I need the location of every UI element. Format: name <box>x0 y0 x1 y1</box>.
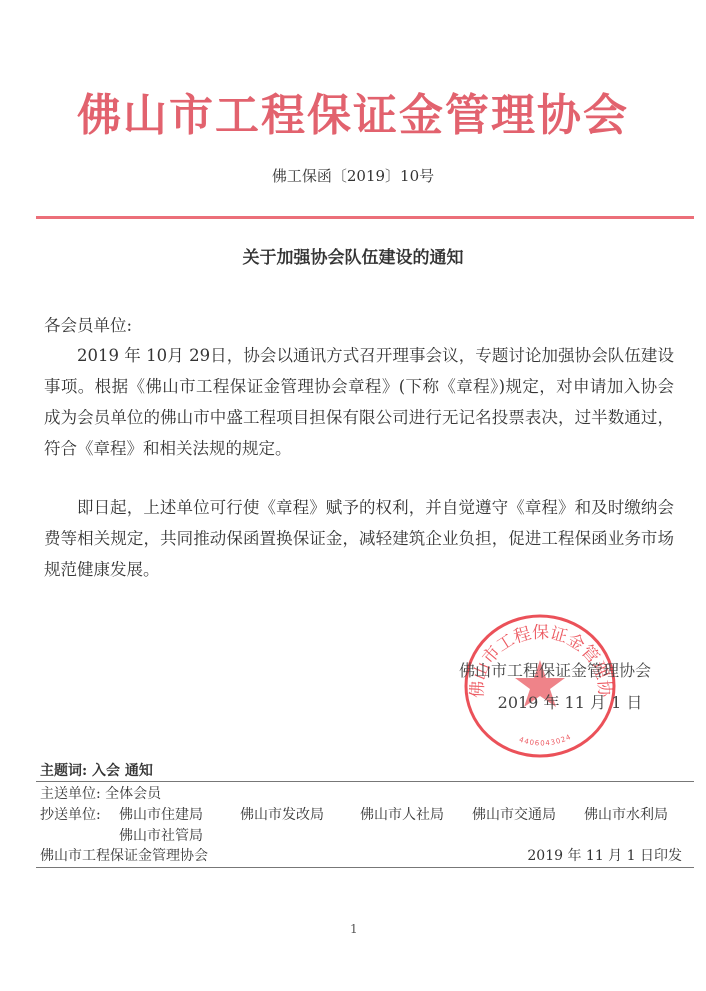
signature-org: 佛山市工程保证金管理协会 <box>420 658 690 681</box>
document-number: 佛工保函〔2019〕10号 <box>0 165 706 186</box>
cc-item: 佛山市交通局 <box>472 804 556 824</box>
keywords: 主题词: 入会 通知 <box>40 760 153 780</box>
paragraph-1: 2019 年 10月 29日，协会以通讯方式召开理事会议，专题讨论加强协会队伍建… <box>44 340 674 464</box>
masthead-org-name: 佛山市工程保证金管理协会 <box>0 88 706 144</box>
recipients: 主送单位: 全体会员 <box>40 783 161 803</box>
signature-date: 2019 年 11 月 1 日 <box>470 690 670 713</box>
keywords-value: 入会 通知 <box>92 763 153 779</box>
cc-item: 佛山市水利局 <box>584 804 668 824</box>
salutation: 各会员单位: <box>44 310 674 341</box>
cc-item: 佛山市人社局 <box>360 804 444 824</box>
paragraph-2: 即日起，上述单位可行使《章程》赋予的权利，并自觉遵守《章程》和及时缴纳会费等相关… <box>44 492 674 585</box>
issue-date: 2019 年 11 月 1 日印发 <box>470 845 682 865</box>
notice-title: 关于加强协会队伍建设的通知 <box>0 243 706 268</box>
cc-item: 佛山市发改局 <box>240 804 324 824</box>
official-seal-icon: 佛山市工程保证金管理协会 4406043024 <box>462 612 618 760</box>
cc-item: 佛山市社管局 <box>119 825 203 845</box>
svg-text:4406043024: 4406043024 <box>518 733 573 748</box>
cc-label: 抄送单位: <box>40 804 101 824</box>
footer-bottom-divider <box>36 867 694 868</box>
recipients-value: 全体会员 <box>105 786 161 802</box>
cc-item: 佛山市住建局 <box>119 804 203 824</box>
issuer: 佛山市工程保证金管理协会 <box>40 845 208 865</box>
recipients-label: 主送单位: <box>40 786 101 802</box>
footer-divider <box>36 781 694 782</box>
red-divider <box>36 216 694 219</box>
keywords-label: 主题词: <box>40 763 87 779</box>
page-number: 1 <box>350 922 358 936</box>
